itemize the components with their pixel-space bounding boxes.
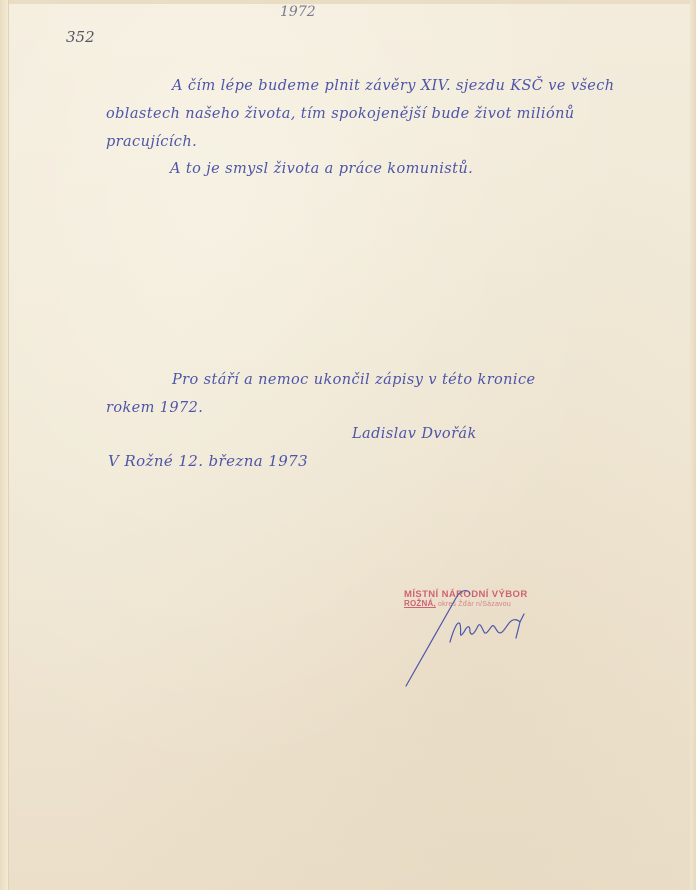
paragraph-2-line-1: A to je smysl života a práce komunistů. (170, 161, 473, 177)
page-edge-left (0, 0, 9, 890)
place-and-date: V Rožné 12. března 1973 (108, 452, 308, 470)
paragraph-1-line-1: A čím lépe budeme plnit závěry XIV. sjez… (172, 78, 615, 94)
closing-line-1: Pro stáří a nemoc ukončil zápisy v této … (172, 372, 535, 388)
document-page: 1972 352 A čím lépe budeme plnit závěry … (0, 0, 696, 890)
page-edge-right (690, 0, 696, 890)
official-signature-icon (398, 580, 538, 690)
closing-line-2: rokem 1972. (106, 400, 203, 416)
paragraph-1-line-3: pracujících. (106, 134, 197, 150)
author-signature: Ladislav Dvořák (352, 426, 477, 442)
paragraph-1-line-2: oblastech našeho života, tím spokojenějš… (106, 106, 575, 122)
year-header: 1972 (280, 4, 316, 20)
page-edge-top (0, 0, 696, 4)
page-number: 352 (66, 28, 95, 46)
